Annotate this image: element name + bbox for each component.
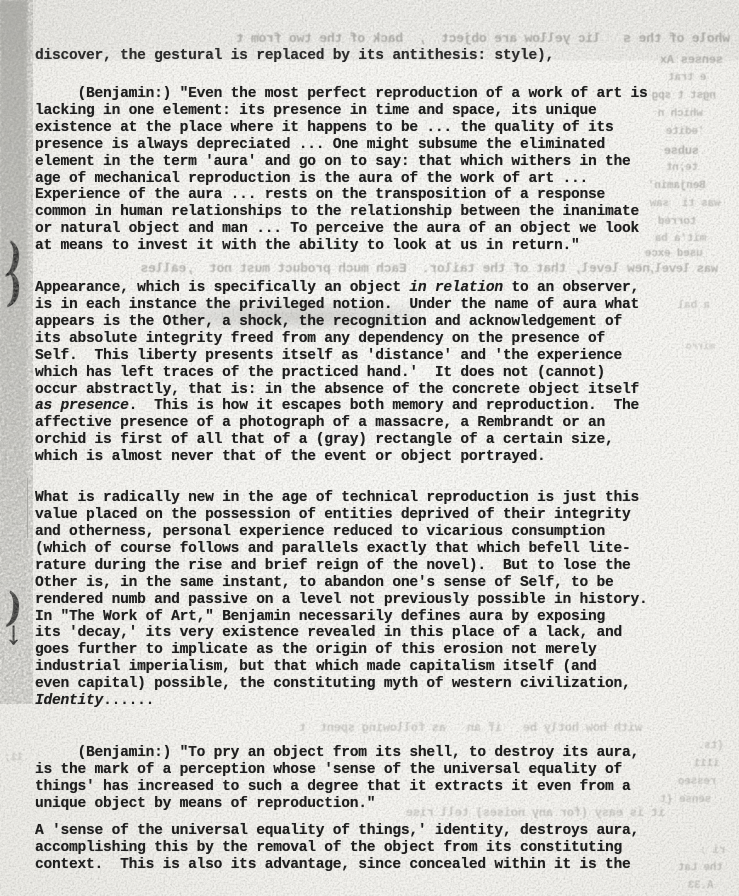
text-run: affective presence of a photograph of a … [35, 415, 605, 431]
text-run: things' has increased to such a degree t… [35, 779, 631, 795]
text-line: In "The Work of Art," Benjamin necessari… [35, 609, 695, 626]
text-run: is in each instance the privileged notio… [35, 297, 639, 313]
text-run: rendered numb and passive on a level not… [35, 592, 648, 608]
text-run: even capital) possible, the constituting… [35, 676, 631, 692]
text-run: rature during the rise and brief reign o… [35, 558, 631, 574]
text-run: lacking in one element: its presence in … [35, 103, 597, 119]
text-line: (Benjamin:) "To pry an object from its s… [35, 745, 695, 762]
text-run: value placed on the possession of entiti… [35, 507, 631, 523]
text-run: goes further to implicate as the origin … [35, 642, 597, 658]
text-line: unique object by means of reproduction." [35, 796, 695, 813]
text-run: (which of course follows and parallels e… [35, 541, 631, 557]
text-run: orchid is first of all that of a (gray) … [35, 432, 614, 448]
paragraph: A 'sense of the universal equality of th… [35, 823, 695, 874]
scanned-page: whole of the s lic yellow are object , b… [0, 0, 739, 896]
text-run: existence at the place where it happens … [35, 120, 614, 136]
text-line: rature during the rise and brief reign o… [35, 558, 695, 575]
text-run: ...... [103, 693, 154, 709]
bleed-through-fragment: ri : [700, 845, 726, 857]
text-line: (Benjamin:) "Even the most perfect repro… [35, 86, 695, 103]
text-run: is the mark of a perception whose 'sense… [35, 762, 622, 778]
text-line: Experience of the aura ... rests on the … [35, 187, 695, 204]
text-run: Appearance, which is specifically an obj… [35, 280, 409, 296]
text-line: common in human relationships to the rel… [35, 204, 695, 221]
text-line: A 'sense of the universal equality of th… [35, 823, 695, 840]
text-run: at means to invest it with the ability t… [35, 238, 580, 254]
text-run: its 'decay,' its very existence revealed… [35, 625, 622, 641]
text-run: What is radically new in the age of tech… [35, 490, 639, 506]
text-run: its absolute integrity freed from any de… [35, 331, 605, 347]
text-line: Identity...... [35, 693, 695, 710]
text-line: context. This is also its advantage, sin… [35, 857, 695, 874]
text-line: lacking in one element: its presence in … [35, 103, 695, 120]
text-run: to an observer, [503, 280, 639, 296]
text-line: What is radically new in the age of tech… [35, 490, 695, 507]
paragraph: (Benjamin:) "To pry an object from its s… [35, 745, 695, 813]
text-line: presence is always depreciated ... One m… [35, 137, 695, 154]
text-run: occur abstractly, that is: in the absenc… [35, 382, 639, 398]
bleed-through-fragment: 11; [4, 752, 23, 764]
text-line: Self. This liberty presents itself as 'd… [35, 348, 695, 365]
text-run: (Benjamin:) "To pry an object from its s… [35, 745, 639, 761]
paragraph: (Benjamin:) "Even the most perfect repro… [35, 86, 695, 255]
text-line: even capital) possible, the constituting… [35, 676, 695, 693]
text-line: affective presence of a photograph of a … [35, 415, 695, 432]
text-line: its 'decay,' its very existence revealed… [35, 625, 695, 642]
text-run: which is almost never that of the event … [35, 449, 545, 465]
text-line: Appearance, which is specifically an obj… [35, 280, 695, 297]
text-line: as presence. This is how it escapes both… [35, 398, 695, 415]
text-line: its absolute integrity freed from any de… [35, 331, 695, 348]
text-run: which has left traces of the practiced h… [35, 365, 605, 381]
text-line: occur abstractly, that is: in the absenc… [35, 382, 695, 399]
text-line: Other is, in the same instant, to abando… [35, 575, 695, 592]
text-run: context. This is also its advantage, sin… [35, 857, 631, 873]
text-run: in relation [409, 280, 503, 296]
text-run: or natural object and man ... To perceiv… [35, 221, 639, 237]
text-line: is the mark of a perception whose 'sense… [35, 762, 695, 779]
text-line: and otherness, personal experience reduc… [35, 524, 695, 541]
text-line: discover, the gestural is replaced by it… [35, 48, 695, 65]
paragraph: Appearance, which is specifically an obj… [35, 280, 695, 466]
text-line: industrial imperialism, but that which m… [35, 659, 695, 676]
text-line: which is almost never that of the event … [35, 449, 695, 466]
text-run: common in human relationships to the rel… [35, 204, 639, 220]
text-line: goes further to implicate as the origin … [35, 642, 695, 659]
paragraph: discover, the gestural is replaced by it… [35, 48, 695, 65]
text-line: or natural object and man ... To perceiv… [35, 221, 695, 238]
text-line: which has left traces of the practiced h… [35, 365, 695, 382]
text-run: Experience of the aura ... rests on the … [35, 187, 605, 203]
text-run: accomplishing this by the removal of the… [35, 840, 622, 856]
text-line: (which of course follows and parallels e… [35, 541, 695, 558]
text-run: . This is how it escapes both memory and… [129, 398, 639, 414]
paragraph: What is radically new in the age of tech… [35, 490, 695, 710]
text-column: discover, the gestural is replaced by it… [35, 0, 695, 874]
text-run: appears is the Other, a shock, the recog… [35, 314, 622, 330]
text-line: value placed on the possession of entiti… [35, 507, 695, 524]
text-run: and otherness, personal experience reduc… [35, 524, 605, 540]
scan-edge-shadow [0, 0, 27, 640]
text-line: rendered numb and passive on a level not… [35, 592, 695, 609]
text-run: Identity [35, 693, 103, 709]
text-run: discover, the gestural is replaced by it… [35, 48, 554, 64]
text-run: industrial imperialism, but that which m… [35, 659, 597, 675]
text-line: orchid is first of all that of a (gray) … [35, 432, 695, 449]
text-run: unique object by means of reproduction." [35, 796, 375, 812]
text-run: A 'sense of the universal equality of th… [35, 823, 639, 839]
text-line: age of mechanical reproduction is the au… [35, 171, 695, 188]
bleed-through-fragment: A.33 [688, 880, 714, 892]
text-run: presence is always depreciated ... One m… [35, 137, 605, 153]
text-line: is in each instance the privileged notio… [35, 297, 695, 314]
text-run: Self. This liberty presents itself as 'd… [35, 348, 622, 364]
text-run: Other is, in the same instant, to abando… [35, 575, 614, 591]
text-line: existence at the place where it happens … [35, 120, 695, 137]
text-run: (Benjamin:) "Even the most perfect repro… [35, 86, 648, 102]
text-line: accomplishing this by the removal of the… [35, 840, 695, 857]
margin-hook-mark-icon: ) [6, 266, 21, 307]
text-run: as presence [35, 398, 129, 414]
text-line: at means to invest it with the ability t… [35, 238, 695, 255]
scan-edge-line [27, 478, 28, 538]
bleed-through-fragment: (ts. [698, 740, 724, 752]
text-line: appears is the Other, a shock, the recog… [35, 314, 695, 331]
text-line: things' has increased to such a degree t… [35, 779, 695, 796]
down-arrow-mark-icon: ↓ [5, 618, 22, 651]
text-run: element in the term 'aura' and go on to … [35, 154, 631, 170]
text-run: age of mechanical reproduction is the au… [35, 171, 588, 187]
text-line: element in the term 'aura' and go on to … [35, 154, 695, 171]
bleed-through-fragment: i111 [694, 758, 720, 770]
text-run: In "The Work of Art," Benjamin necessari… [35, 609, 605, 625]
